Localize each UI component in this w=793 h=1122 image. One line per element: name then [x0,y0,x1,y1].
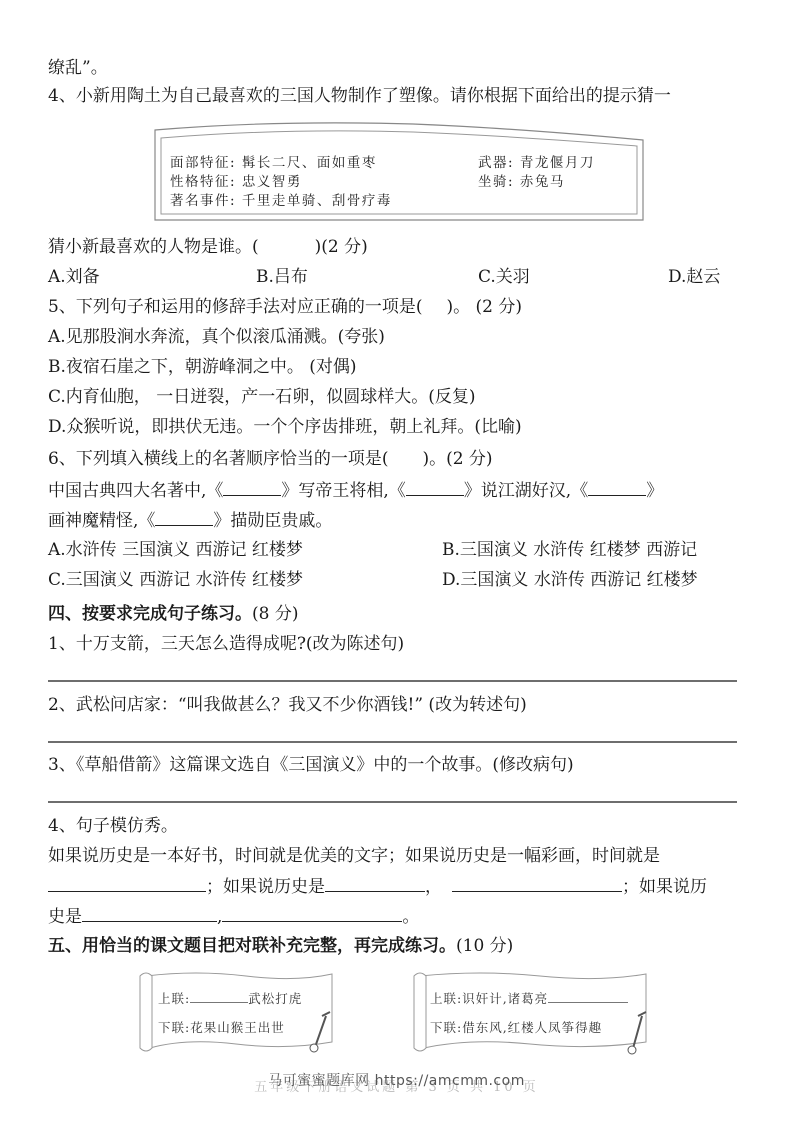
stem-text: 》描勋臣贵戚。 [213,511,332,531]
weapon-label: 武器: [478,155,514,171]
couplet2-upper-text: 上联:识奸计,诸葛亮 [430,991,548,1006]
hint-box: 面部特征: 髯长二尺、面如重枣 武器: 青龙偃月刀 性格特征: 忠义智勇 坐骑:… [153,118,645,222]
s4-q3: 3、《草船借箭》这篇课文选自《三国演义》中的一个故事。(修改病句) [48,754,574,776]
q4-prompt: 4、小新用陶土为自己最喜欢的三国人物制作了塑像。请你根据下面给出的提示猜一 [48,85,671,107]
imitation-text: ， [425,877,442,897]
stem-text: 》写帝王将相,《 [281,481,405,501]
q6-stem-line2: 画神魔精怪,《》描勋臣贵戚。 [48,509,332,532]
q6-option-d[interactable]: D.三国演义 水浒传 西游记 红楼梦 [442,569,698,591]
q5-points: )。 (2 分) [446,297,522,317]
couplet2-upper: 上联:识奸计,诸葛亮 [430,990,628,1007]
imitation-text: 史是 [48,907,82,927]
section4-heading: 四、按要求完成句子练习。(8 分) [48,603,298,625]
q6-prompt-line: 6、下列填入横线上的名著顺序恰当的一项是()。(2 分) [48,448,493,470]
face-label: 面部特征: [170,155,236,171]
s4-q2-answer-line[interactable] [48,741,737,743]
q4-points: )(2 分) [315,237,368,257]
q6-option-c[interactable]: C.三国演义 西游记 水浒传 红楼梦 [48,569,303,591]
events-value: 千里走单骑、刮骨疗毒 [242,193,392,209]
face-value: 髯长二尺、面如重枣 [242,155,377,171]
s4-q1-answer-line[interactable] [48,680,737,682]
q4-prompt-text: 猜小新最喜欢的人物是谁。( [48,237,259,257]
imitation-blank-1[interactable] [48,875,206,892]
top-fragment: 缭乱”。 [48,57,108,79]
q6-option-b[interactable]: B.三国演义 水浒传 红楼梦 西游记 [442,539,697,561]
q5-prompt-line: 5、下列句子和运用的修辞手法对应正确的一项是()。 (2 分) [48,296,522,318]
imitation-blank-2[interactable] [325,875,425,892]
q5-option-b[interactable]: B.夜宿石崖之下，朝游峰洞之中。 (对偶) [48,356,357,378]
q5-option-a[interactable]: A.见那股涧水奔流，真个似滚瓜涌溅。(夸张) [48,326,385,348]
q6-option-a[interactable]: A.水浒传 三国演义 西游记 红楼梦 [48,539,303,561]
stem-blank-3[interactable] [588,479,646,496]
couplet1-upper-label: 上联: [158,991,190,1006]
weapon-value: 青龙偃月刀 [520,155,595,171]
hint-weapon: 武器: 青龙偃月刀 [478,154,595,172]
section4-points: (8 分) [252,604,298,624]
couplet-scroll-1: 上联:武松打虎 下联:花果山猴王出世 [136,968,336,1056]
hint-face: 面部特征: 髯长二尺、面如重枣 [170,154,377,172]
stem-text: 中国古典四大名著中,《 [48,481,223,501]
stem-text: 》说江湖好汉,《 [464,481,588,501]
q4-prompt-cont: 猜小新最喜欢的人物是谁。()(2 分) [48,236,368,258]
watermark: 马可蜜蜜题库网 https://amcmm.com [0,1070,793,1090]
events-label: 著名事件: [170,193,236,209]
q6-points: )。(2 分) [422,449,492,469]
q4-option-c[interactable]: C.关羽 [478,266,530,288]
imitation-blank-3[interactable] [452,875,622,892]
imitation-text: ；如果说历史是 [206,877,325,897]
imitation-blank-4[interactable] [82,905,217,922]
q6-stem-line1: 中国古典四大名著中,《》写帝王将相,《》说江湖好汉,《》 [48,479,663,502]
imitation-blank-5[interactable] [222,905,402,922]
hint-events: 著名事件: 千里走单骑、刮骨疗毒 [170,192,392,210]
stem-blank-2[interactable] [406,479,464,496]
s4-q4-line1: 如果说历史是一本好书，时间就是优美的文字；如果说历史是一幅彩画，时间就是 [48,845,660,867]
section4-title: 四、按要求完成句子练习。 [48,604,252,624]
stem-blank-4[interactable] [155,509,213,526]
scroll-frame-icon [136,968,336,1056]
s4-q3-answer-line[interactable] [48,801,737,803]
q6-prompt: 6、下列填入横线上的名著顺序恰当的一项是( [48,449,388,469]
q5-option-c[interactable]: C.内育仙胞， 一日迸裂，产一石卵，似圆球样大。(反复) [48,386,475,408]
section5-title: 五、用恰当的课文题目把对联补充完整，再完成练习。 [48,936,456,956]
q5-option-d[interactable]: D.众猴听说，即拱伏无违。一个个序齿排班，朝上礼拜。(比喻) [48,416,522,438]
q5-prompt: 5、下列句子和运用的修辞手法对应正确的一项是( [48,297,422,317]
couplet1-upper-text: 武松打虎 [248,991,302,1006]
imitation-text: 。 [402,907,419,927]
couplet1-upper-blank[interactable] [190,990,248,1003]
character-label: 性格特征: [170,174,236,190]
stem-text: 画神魔精怪,《 [48,511,155,531]
q4-option-b[interactable]: B.吕布 [256,266,308,288]
q4-option-d[interactable]: D.赵云 [668,266,720,288]
s4-q4-line2: ；如果说历史是，；如果说历 [48,875,707,898]
scroll-frame-icon [410,968,650,1056]
couplet-scroll-2: 上联:识奸计,诸葛亮 下联:借东风,红楼人凤筝得趣 [410,968,650,1056]
q4-option-a[interactable]: A.刘备 [48,266,100,288]
hint-mount: 坐骑: 赤兔马 [478,173,565,191]
couplet1-upper: 上联:武松打虎 [158,990,302,1007]
s4-q4-line3: 史是,。 [48,905,419,928]
section5-points: (10 分) [456,936,513,956]
couplet2-upper-blank[interactable] [548,990,628,1003]
mount-value: 赤兔马 [520,174,565,190]
stem-blank-1[interactable] [223,479,281,496]
stem-text: 》 [646,481,663,501]
s4-q1: 1、十万支箭，三天怎么造得成呢?(改为陈述句) [48,633,404,655]
mount-label: 坐骑: [478,174,514,190]
couplet1-lower: 下联:花果山猴王出世 [158,1020,285,1036]
character-value: 忠义智勇 [242,174,302,190]
s4-q4: 4、句子模仿秀。 [48,815,178,837]
imitation-text: ；如果说历 [622,877,707,897]
hint-character: 性格特征: 忠义智勇 [170,173,302,191]
section5-heading: 五、用恰当的课文题目把对联补充完整，再完成练习。(10 分) [48,935,513,957]
couplet2-lower: 下联:借东风,红楼人凤筝得趣 [430,1020,602,1036]
s4-q2: 2、武松问店家：“叫我做甚么？我又不少你酒钱!” (改为转述句) [48,694,527,716]
